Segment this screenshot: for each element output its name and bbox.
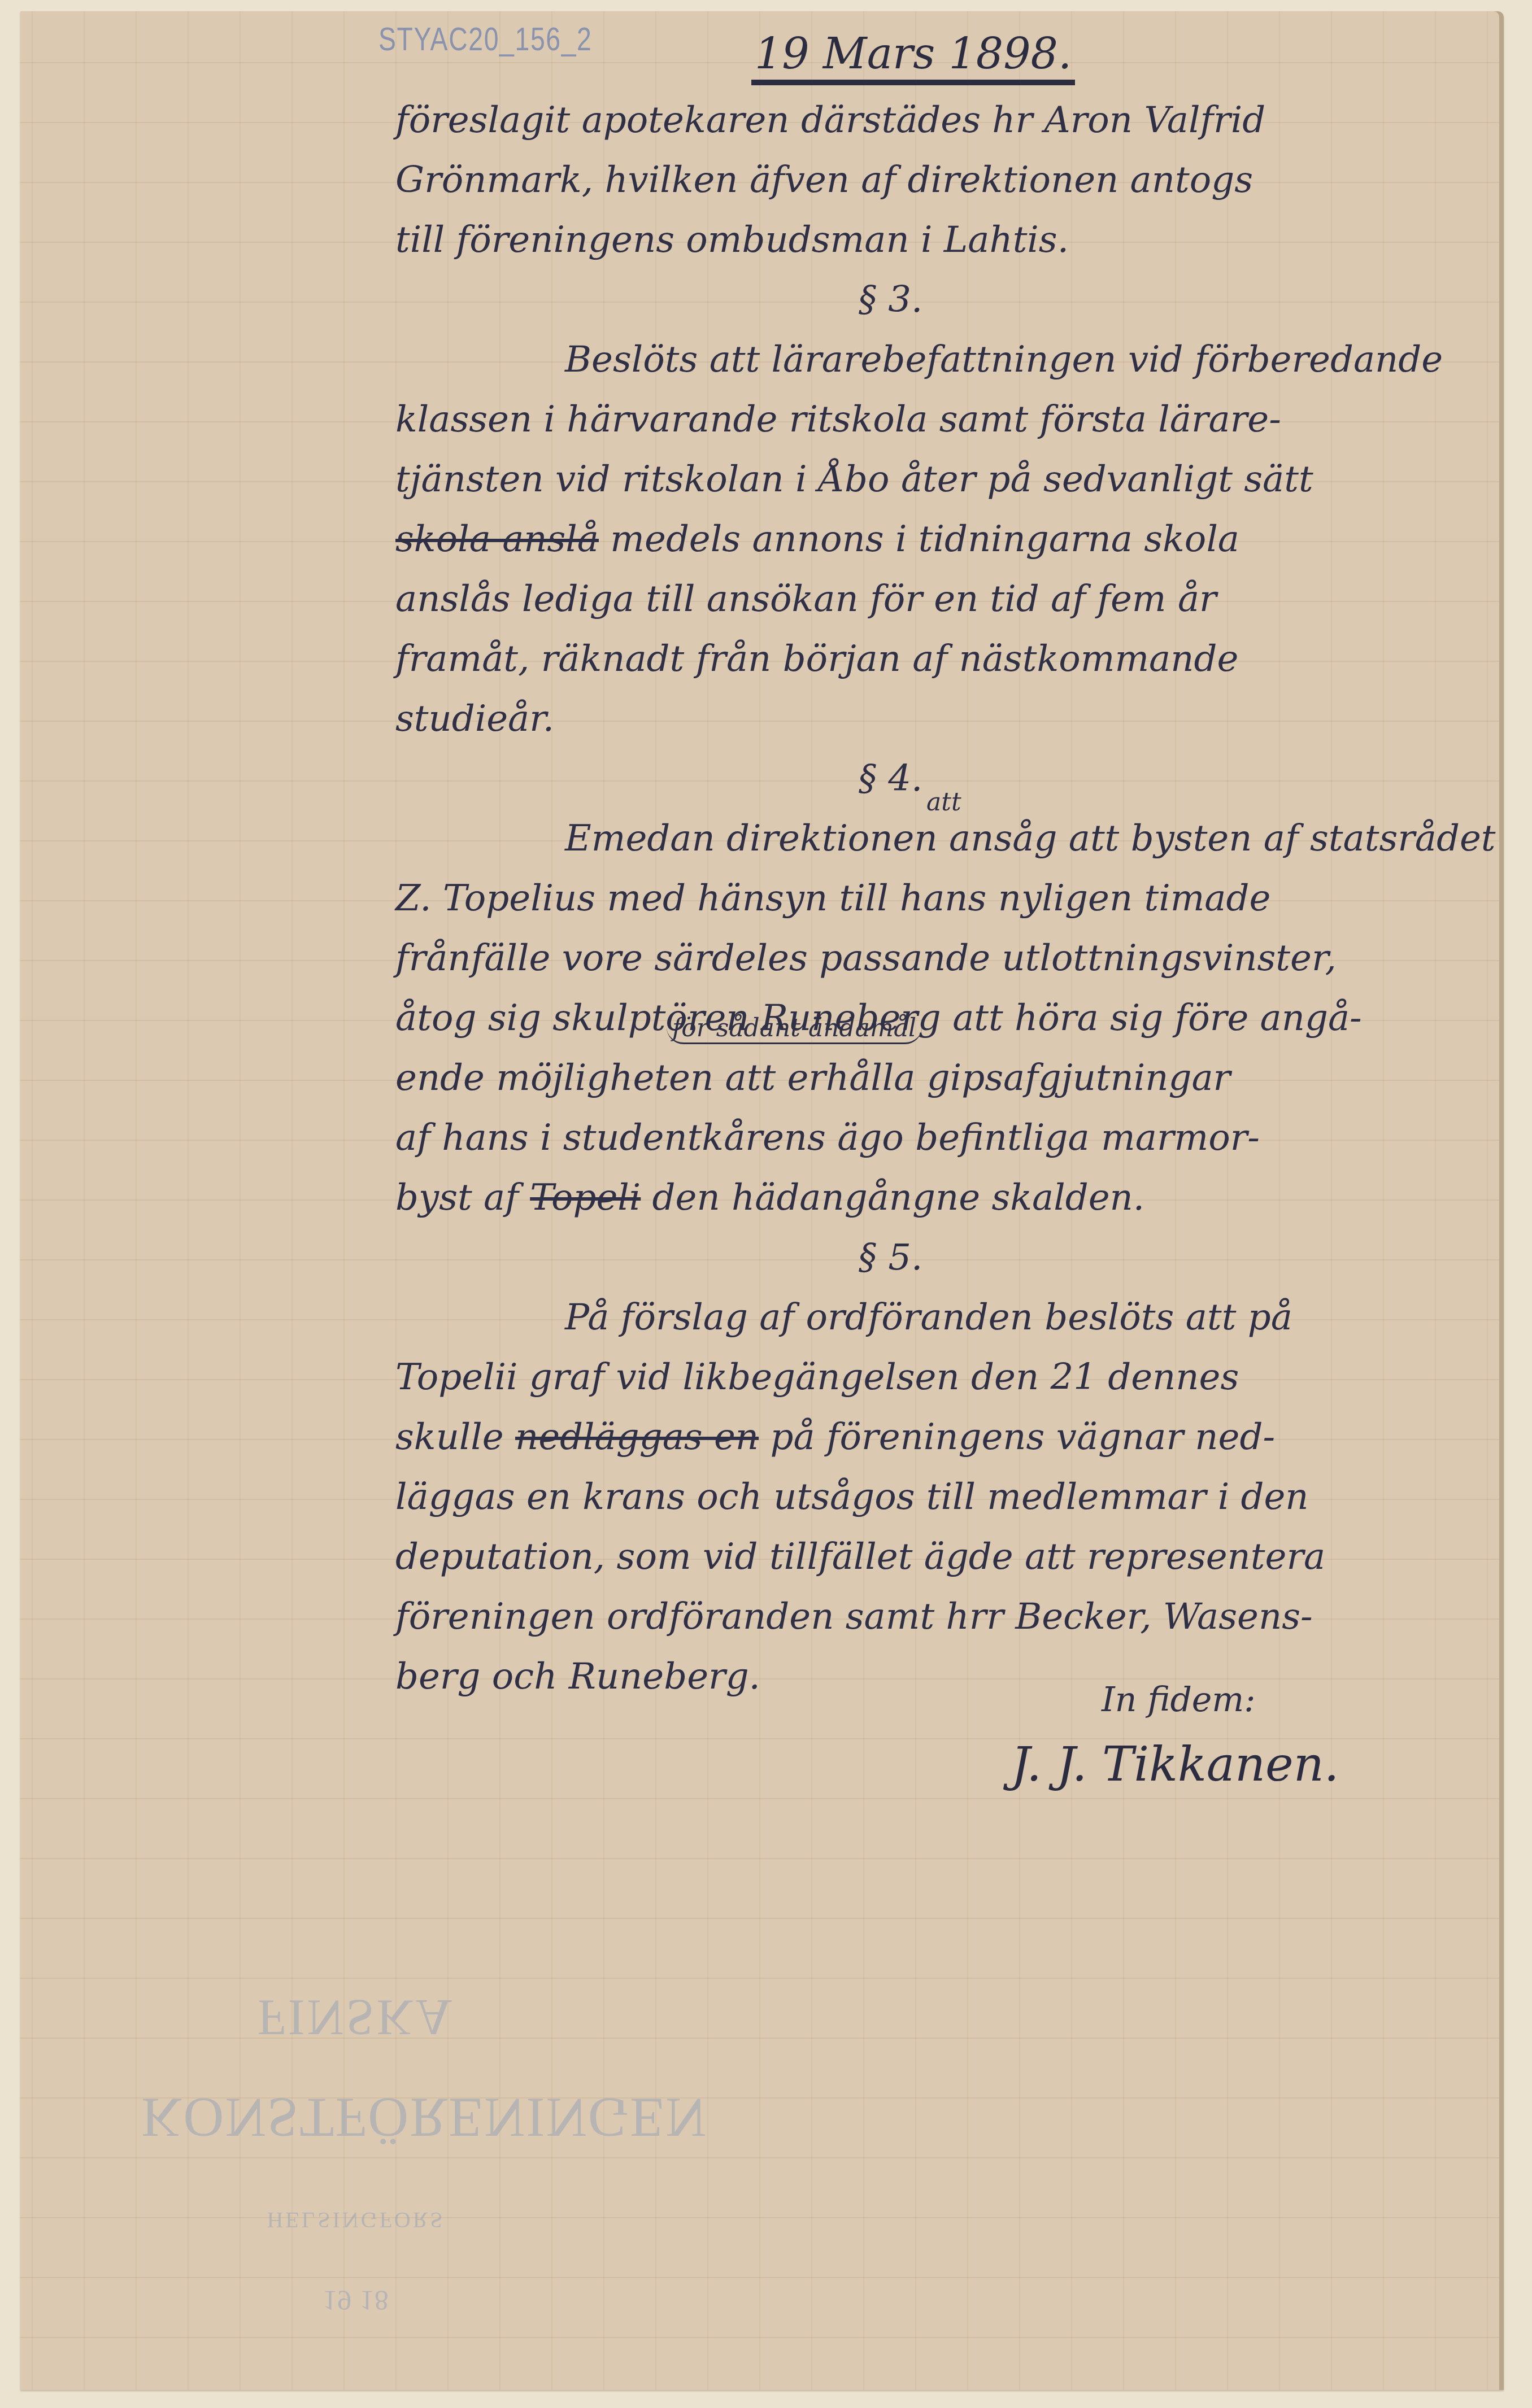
text-line: läggas en krans och utsågos till medlemm…	[395, 1467, 1503, 1527]
text-line: berg och Runeberg.	[395, 1647, 1503, 1707]
closing-formula: In fidem:	[1102, 1680, 1255, 1720]
text-line: till föreningens ombudsman i Lahtis.	[395, 210, 1503, 270]
text-line: tjänsten vid ritskolan i Åbo åter på sed…	[395, 450, 1503, 509]
bleed-through-letterhead: 19 18 HELSINGFORS KONSTFÖRENINGEN FINSKA	[141, 1988, 571, 2317]
section-mark-5: § 5.	[395, 1228, 1503, 1288]
text-line: Z. Topelius med hänsyn till hans nyligen…	[395, 869, 1503, 928]
letterhead-date-line: 19 18	[141, 2284, 571, 2317]
text-line: ende möjligheten att erhålla gipsafgjutn…	[395, 1048, 1503, 1108]
text-line: af hans i studentkårens ägo befintliga m…	[395, 1108, 1503, 1168]
section-mark-3: § 3.	[395, 270, 1503, 330]
text-line: anslås lediga till ansökan för en tid af…	[395, 569, 1503, 629]
text-line: åtog sig skulptören Runeberg att höra si…	[395, 988, 1503, 1048]
text-line: studieår.	[395, 689, 1503, 749]
interlinear-insertion: att	[926, 788, 961, 817]
text-line: föreslagit apotekaren därstädes hr Aron …	[395, 90, 1503, 150]
text-line-with-strike: byst af Topeli den hädangångne skalden.	[395, 1168, 1503, 1228]
text-line: Emedan direktionen ansåg att bysten af s…	[395, 809, 1503, 869]
interlinear-insertion: för sådant ändamål	[667, 1014, 922, 1042]
text-line-with-strike: skulle nedläggas en på föreningens vägna…	[395, 1407, 1503, 1467]
archive-id-pencil-note: STYAC20_156_2	[378, 20, 593, 58]
text-line: klassen i härvarande ritskola samt först…	[395, 390, 1503, 450]
letterhead-city: HELSINGFORS	[141, 2207, 571, 2233]
text-fragment: på föreningens vägnar ned-	[759, 1416, 1275, 1458]
text-fragment: medels annons i tidningarna skola	[610, 518, 1239, 560]
text-line: frånfälle vore särdeles passande utlottn…	[395, 928, 1503, 988]
text-line: Topelii graf vid likbegängelsen den 21 d…	[395, 1347, 1503, 1407]
text-fragment: den hädangångne skalden.	[641, 1177, 1144, 1219]
signature: J. J. Tikkanen.	[1011, 1737, 1339, 1792]
text-line-with-strike: skola anslå medels annons i tidningarna …	[395, 509, 1503, 569]
text-fragment: byst af	[395, 1177, 530, 1219]
text-line: framåt, räknadt från början af nästkomma…	[395, 629, 1503, 689]
text-line: deputation, som vid tillfället ägde att …	[395, 1527, 1503, 1587]
text-fragment: skulle	[395, 1416, 515, 1458]
text-line: föreningen ordföranden samt hrr Becker, …	[395, 1587, 1503, 1647]
text-line: Grönmark, hvilken äfven af direktionen a…	[395, 150, 1503, 210]
struck-text: nedläggas en	[515, 1416, 759, 1458]
text-line: På förslag af ordföranden beslöts att på	[395, 1288, 1503, 1347]
minutes-body: föreslagit apotekaren därstädes hr Aron …	[395, 90, 1503, 1707]
struck-text: Topeli	[530, 1177, 641, 1219]
struck-text: skola anslå	[395, 518, 599, 560]
date-heading: 19 Mars 1898.	[751, 28, 1075, 85]
text-line: Beslöts att lärarebefattningen vid förbe…	[395, 330, 1503, 390]
letterhead-qualifier: FINSKA	[141, 1988, 571, 2046]
letterhead-name: KONSTFÖRENINGEN	[141, 2086, 571, 2150]
